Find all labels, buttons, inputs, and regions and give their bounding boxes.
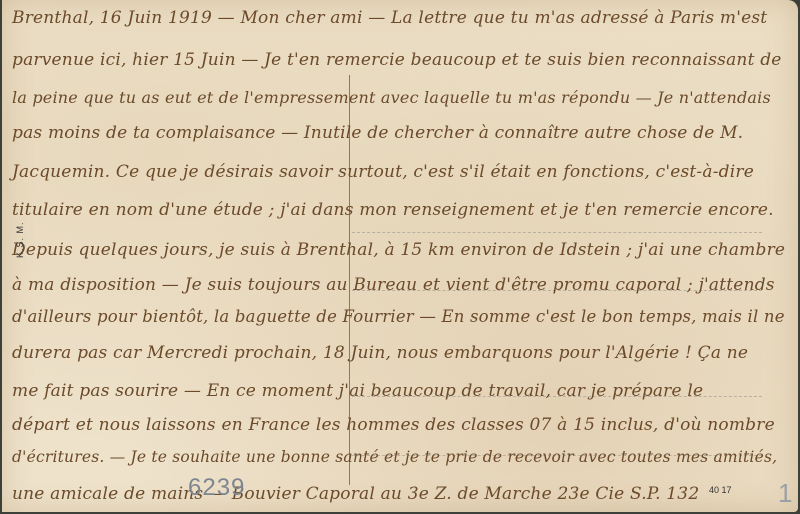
letter-line: Brenthal, 16 Juin 1919 — Mon cher ami — … bbox=[12, 8, 767, 28]
postcard-back: Brenthal, 16 Juin 1919 — Mon cher ami — … bbox=[2, 0, 798, 512]
letter-line: d'ailleurs pour bientôt, la baguette de … bbox=[12, 307, 785, 326]
stamp-number: 40 17 bbox=[709, 485, 732, 495]
letter-line: durera pas car Mercredi prochain, 18 Jui… bbox=[12, 343, 748, 363]
pencil-mark: 1 bbox=[778, 478, 792, 509]
printer-mark: K.S. M. bbox=[15, 221, 25, 258]
letter-line: une amicale de mains — Bouvier Caporal a… bbox=[12, 484, 699, 504]
letter-line: pas moins de ta complaisance — Inutile d… bbox=[12, 123, 743, 143]
letter-line: d'écritures. — Je te souhaite une bonne … bbox=[12, 448, 777, 466]
address-line bbox=[352, 232, 762, 233]
letter-line: départ et nous laissons en France les ho… bbox=[12, 415, 775, 435]
letter-line: la peine que tu as eut et de l'empressem… bbox=[12, 88, 771, 107]
letter-line: Jacquemin. Ce que je désirais savoir sur… bbox=[12, 162, 754, 182]
letter-line: titulaire en nom d'une étude ; j'ai dans… bbox=[12, 200, 774, 220]
letter-line: à ma disposition — Je suis toujours au B… bbox=[12, 275, 775, 295]
letter-line: Depuis quelques jours, je suis à Brentha… bbox=[12, 240, 785, 260]
letter-line: parvenue ici, hier 15 Juin — Je t'en rem… bbox=[12, 50, 782, 70]
letter-line: me fait pas sourire — En ce moment j'ai … bbox=[12, 381, 703, 401]
archive-number: 6239 bbox=[188, 474, 245, 502]
